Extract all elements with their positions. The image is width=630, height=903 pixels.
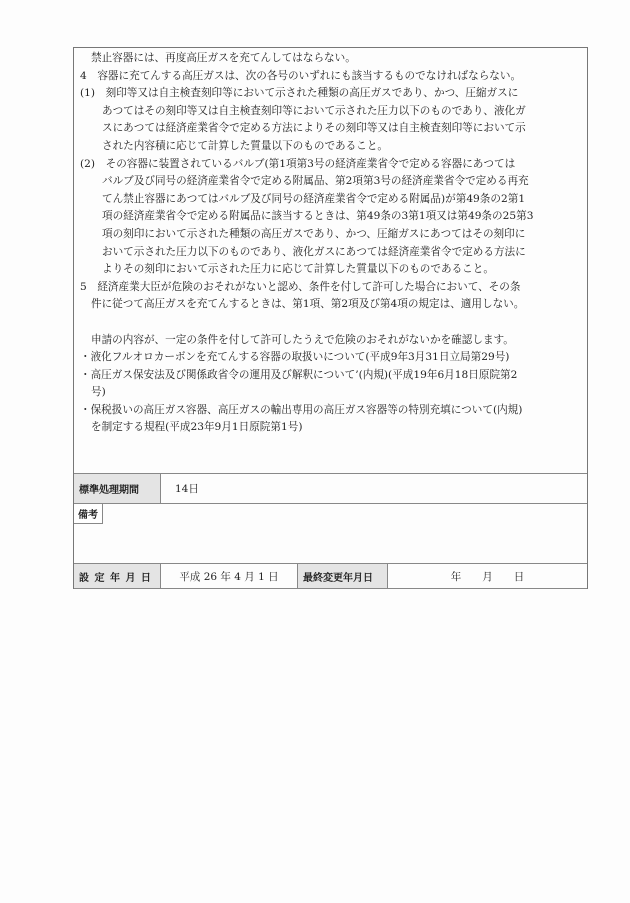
text-line: 申請の内容が、一定の条件を付して許可したうえで危険のおそれがないかを確認します。 — [80, 332, 581, 350]
text-line: 4 容器に充てんする高圧ガスは、次の各号のいずれにも該当するものでなければならな… — [80, 68, 581, 86]
text-line: あつてはその刻印等又は自主検査刻印等において示された圧力以下のものであり、液化ガ — [80, 103, 581, 121]
text-line: ・液化フルオロカーボンを充てんする容器の取扱いについて(平成9年3月31日立局第… — [80, 349, 581, 367]
processing-period-row: 標準処理期間 14日 — [74, 474, 587, 504]
text-line: (1) 刻印等又は自主検査刻印等において示された種類の高圧ガスであり、かつ、圧縮… — [80, 85, 581, 103]
dates-row: 設 定 年 月 日 平成 26 年 4 月 1 日 最終変更年月日 年 月 日 — [74, 564, 587, 589]
text-line: 5 経済産業大臣が危険のおそれがないと認め、条件を付して許可した場合において、そ… — [80, 279, 581, 297]
last-changed-value: 年 月 日 — [388, 564, 587, 588]
text-line: ・高圧ガス保安法及び関係政省令の運用及び解釈について’(内規)(平成19年6月1… — [80, 367, 581, 385]
set-date-value: 平成 26 年 4 月 1 日 — [161, 564, 298, 588]
text-line: 項の刻印において示された種類の高圧ガスであり、かつ、圧縮ガスにあつてはその刻印に — [80, 226, 581, 244]
remarks-label: 備考 — [74, 504, 103, 524]
text-line: ・保税扱いの高圧ガス容器、高圧ガスの輸出専用の高圧ガス容器等の特別充填について(… — [80, 402, 581, 420]
processing-period-value: 14日 — [161, 474, 199, 503]
text-line: 項の経済産業省令で定める附属品に該当するときは、第49条の3第1項又は第49条の… — [80, 208, 581, 226]
text-line: 禁止容器には、再度高圧ガスを充てんしてはならない。 — [80, 50, 581, 68]
text-line: 号) — [80, 384, 581, 402]
text-line: された内容積に応じて計算した質量以下のものであること。 — [80, 138, 581, 156]
text-line: 件に従つて高圧ガスを充てんするときは、第1項、第2項及び第4項の規定は、適用しな… — [80, 296, 581, 314]
text-line: を制定する規程(平成23年9月1日原院第1号) — [80, 419, 581, 437]
text-line: スにあつては経済産業省令で定める方法によりその刻印等又は自主検査刻印等において示 — [80, 120, 581, 138]
text-line: おいて示された圧力以下のものであり、液化ガスにあつては経済産業省令で定める方法に — [80, 244, 581, 262]
text-line: バルブ及び同号の経済産業省令で定める附属品、第2項第3号の経済産業省令で定める再… — [80, 173, 581, 191]
text-line: よりその刻印において示された圧力に応じて計算した質量以下のものであること。 — [80, 261, 581, 279]
text-line: てん禁止容器にあつてはバルブ及び同号の経済産業省令で定める附属品)が第49条の2… — [80, 191, 581, 209]
processing-period-label: 標準処理期間 — [74, 474, 161, 503]
info-table: 禁止容器には、再度高圧ガスを充てんしてはならない。4 容器に充てんする高圧ガスは… — [73, 47, 588, 589]
remarks-row: 備考 — [74, 504, 587, 564]
main-text-cell: 禁止容器には、再度高圧ガスを充てんしてはならない。4 容器に充てんする高圧ガスは… — [74, 48, 587, 474]
last-changed-label: 最終変更年月日 — [298, 564, 388, 588]
set-date-label: 設 定 年 月 日 — [74, 564, 161, 588]
text-line — [80, 314, 581, 332]
text-line: (2) その容器に装置されているバルブ(第1項第3号の経済産業省令で定める容器に… — [80, 156, 581, 174]
